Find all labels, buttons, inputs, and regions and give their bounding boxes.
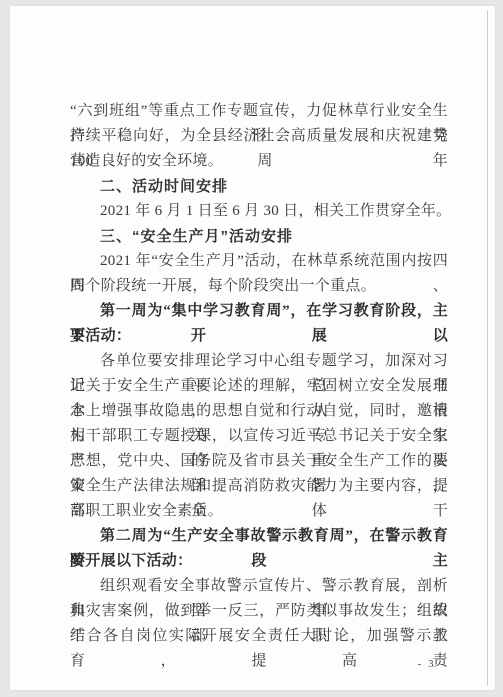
paragraph-line: 思想，党中央、国务院及省市县关于安全生产工作的决策部署， [70, 449, 448, 474]
paragraph-line: 本上增强事故隐患的思想自觉和行动自觉，同时，邀请相关专家 [70, 399, 448, 424]
document-text-block: “六到班组”等重点工作专题宣传，力促林草行业安全生产形势 持续平稳向好，为全县经… [70, 99, 448, 675]
section-heading-2: 二、活动时间安排 [70, 174, 448, 199]
paragraph-line: 为干部职工专题授课，以宣传习近平总书记关于安全生产的重要 [70, 424, 448, 449]
page-edge-line [487, 10, 488, 686]
paragraph-line: 结合各自岗位实际开展安全责任大讨论，加强警示教育，提高责 [70, 624, 448, 649]
section-heading-3: 三、“安全生产月”活动安排 [70, 224, 448, 249]
paragraph-line: “六到班组”等重点工作专题宣传，力促林草行业安全生产形势 [70, 99, 448, 124]
paragraph-line: 各单位要安排理论学习中心组专题学习，加深对习近平总书 [70, 349, 448, 374]
paragraph-line: 安全生产法律法规和提高消防救灾能力为主要内容，提高全体干 [70, 474, 448, 499]
paragraph-line: 持续平稳向好，为全县经济社会高质量发展和庆祝建党 100 周年 [70, 124, 448, 149]
paragraph-line: 组织观看安全事故警示宣传片、警示教育展，剖析典型事故 [70, 574, 448, 599]
emphasis-line: 第二周为“生产安全事故警示教育周”，在警示教育阶段主 [70, 524, 448, 549]
paragraph-line: 2021 年 6 月 1 日至 6 月 30 日，相关工作贯穿全年。 [70, 199, 448, 224]
scanned-document-viewer: “六到班组”等重点工作专题宣传，力促林草行业安全生产形势 持续平稳向好，为全县经… [0, 0, 503, 697]
paragraph-line: 2021 年“安全生产月”活动，在林草系统范围内按四周、 [70, 249, 448, 274]
emphasis-line: 第一周为“集中学习教育周”，在学习教育阶段，主要开展以 [70, 299, 448, 324]
paragraph-line: 记关于安全生产重要论述的理解，牢固树立安全发展理念，从根 [70, 374, 448, 399]
document-page: “六到班组”等重点工作专题宣传，力促林草行业安全生产形势 持续平稳向好，为全县经… [10, 6, 495, 690]
paragraph-line: 和灾害案例，做到举一反三，严防类似事故发生；组织干部职工 [70, 599, 448, 624]
